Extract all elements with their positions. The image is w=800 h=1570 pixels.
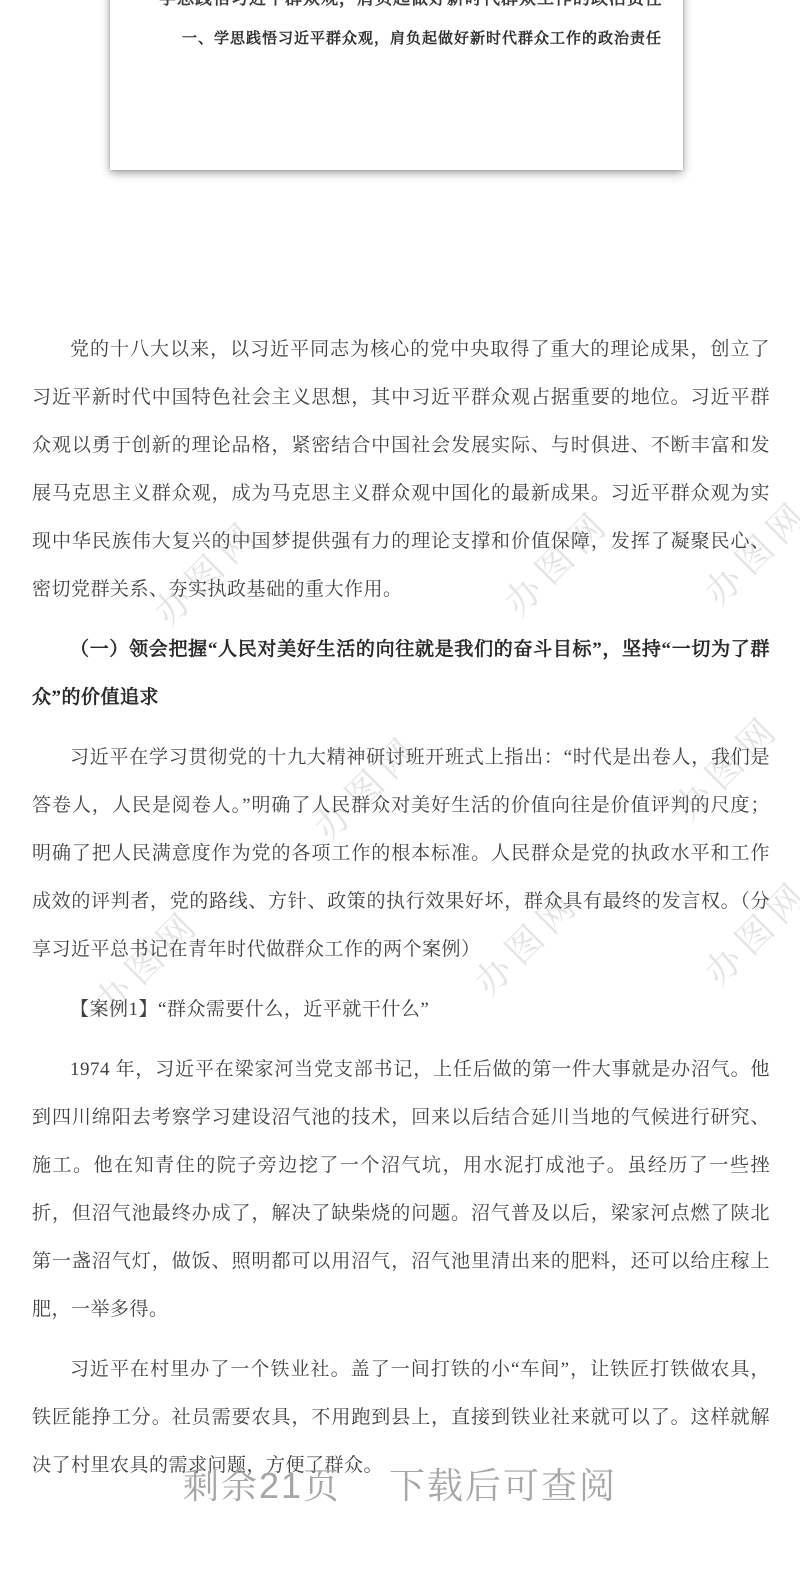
document-preview-card: 学思践悟习近平群众观，肩负起做好新时代群众工作的政治责任 一、学思践悟习近平群众… [110, 0, 683, 170]
remaining-pages-count: 剩余21页 [183, 1465, 341, 1506]
remaining-pages-notice: 剩余21页下载后可查阅 [0, 1458, 800, 1509]
document-body: 党的十八大以来，以习近平同志为核心的党中央取得了重大的理论成果，创立了习近平新时… [32, 326, 770, 1502]
paragraph-case-heading: 【案例1】“群众需要什么，近平就干什么” [32, 986, 770, 1034]
clipped-title-line: 学思践悟习近平群众观，肩负起做好新时代群众工作的政治责任 [159, 0, 663, 9]
download-hint: 下载后可查阅 [389, 1465, 617, 1506]
paragraph-body: 1974 年，习近平在梁家河当党支部书记，上任后做的第一件大事就是办沼气。他到四… [32, 1046, 770, 1334]
paragraph-section-heading: （一）领会把握“人民对美好生活的向往就是我们的奋斗目标”，坚持“一切为了群众”的… [32, 626, 770, 722]
paragraph-body: 习近平在学习贯彻党的十九大精神研讨班开班式上指出：“时代是出卷人，我们是答卷人，… [32, 734, 770, 974]
section-one-heading: 一、学思践悟习近平群众观，肩负起做好新时代群众工作的政治责任 [182, 28, 662, 50]
paragraph-body: 党的十八大以来，以习近平同志为核心的党中央取得了重大的理论成果，创立了习近平新时… [32, 326, 770, 614]
